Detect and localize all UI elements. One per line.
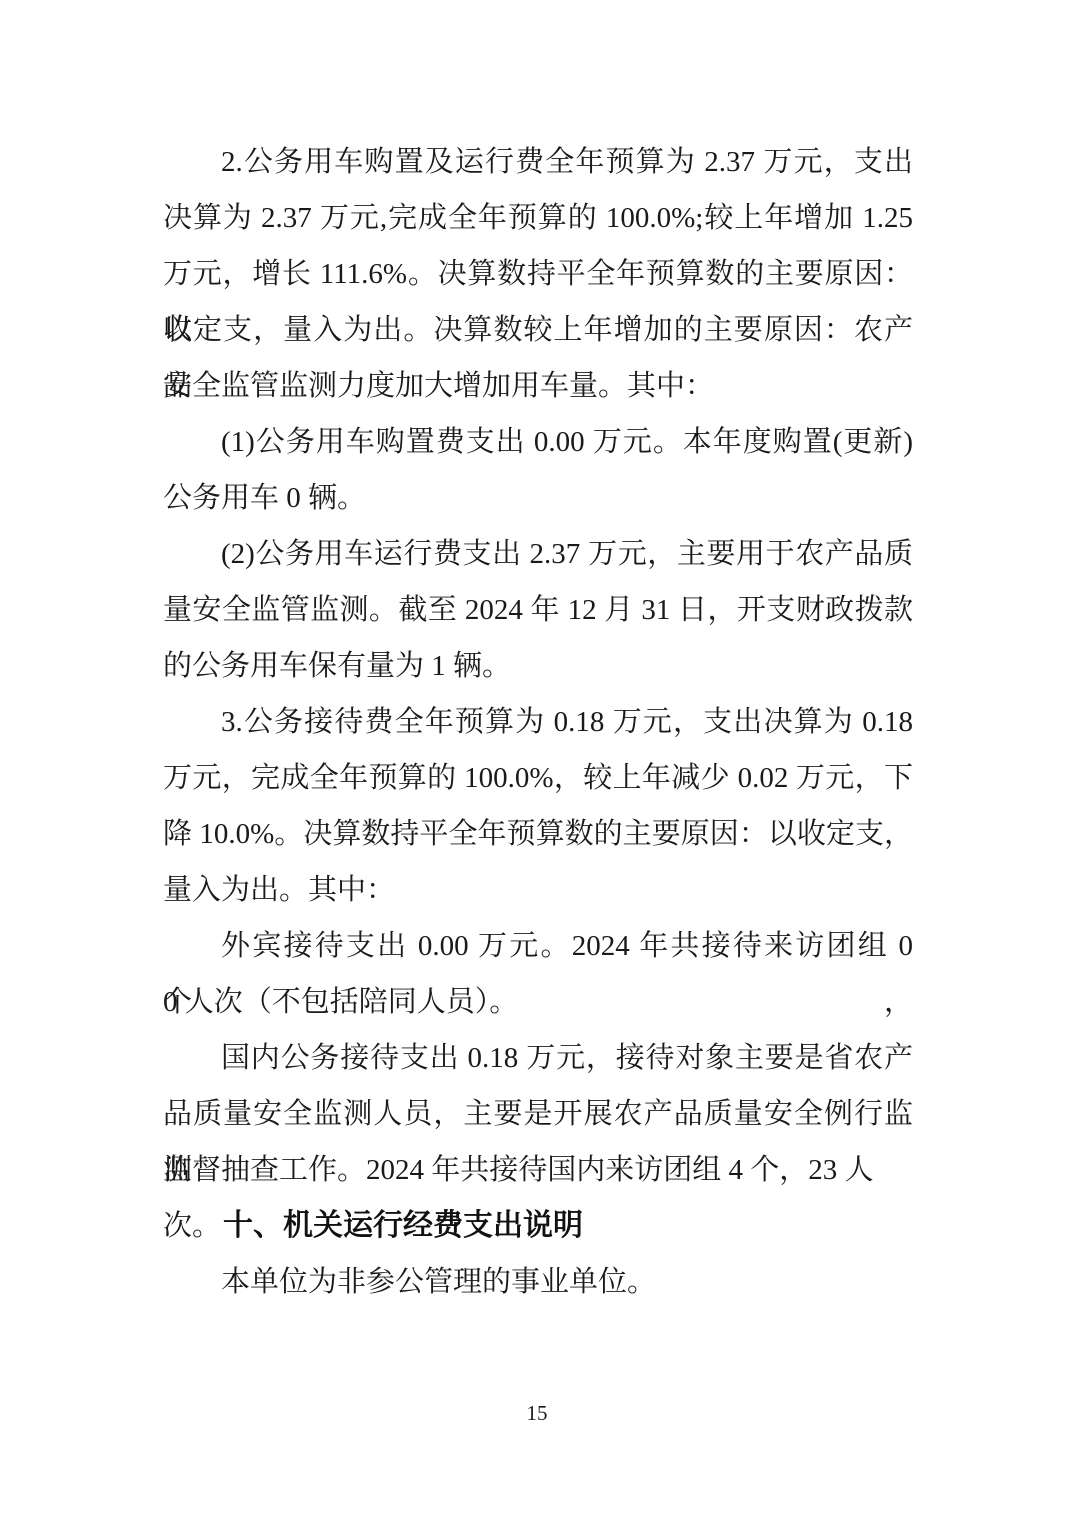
paragraph-vehicle-purchase: (1)公务用车购置费支出 0.00 万元。本年度购置(更新) 公务用车 0 辆。: [163, 414, 913, 526]
text-line: 公务用车 0 辆。: [163, 470, 913, 526]
text-line: 3.公务接待费全年预算为 0.18 万元，支出决算为 0.18: [163, 694, 913, 750]
text-line: 监督抽查工作。2024 年共接待国内来访团组 4 个，23 人次。: [163, 1142, 913, 1198]
text-line: 的公务用车保有量为 1 辆。: [163, 638, 913, 694]
text-line: 量安全监管监测。截至 2024 年 12 月 31 日，开支财政拨款: [163, 582, 913, 638]
document-page: 2.公务用车购置及运行费全年预算为 2.37 万元，支出 决算为 2.37 万元…: [0, 0, 1074, 1520]
document-body: 2.公务用车购置及运行费全年预算为 2.37 万元，支出 决算为 2.37 万元…: [163, 134, 913, 1310]
text-line: 收定支，量入为出。决算数较上年增加的主要原因：农产品: [163, 302, 913, 358]
closing-paragraph: 本单位为非参公管理的事业单位。: [163, 1254, 913, 1310]
text-line: 安全监管监测力度加大增加用车量。其中：: [163, 358, 913, 414]
section-heading: 十、机关运行经费支出说明: [163, 1198, 913, 1254]
text-line: 万元，完成全年预算的 100.0%，较上年减少 0.02 万元，下: [163, 750, 913, 806]
paragraph-vehicle-operation: (2)公务用车运行费支出 2.37 万元，主要用于农产品质 量安全监管监测。截至…: [163, 526, 913, 694]
text-line: 决算为 2.37 万元,完成全年预算的 100.0%;较上年增加 1.25: [163, 190, 913, 246]
text-line: (2)公务用车运行费支出 2.37 万元，主要用于农产品质: [163, 526, 913, 582]
text-line: 国内公务接待支出 0.18 万元，接待对象主要是省农产: [163, 1030, 913, 1086]
page-number: 15: [0, 1398, 1074, 1428]
paragraph-vehicle-total: 2.公务用车购置及运行费全年预算为 2.37 万元，支出 决算为 2.37 万元…: [163, 134, 913, 414]
text-line: 外宾接待支出 0.00 万元。2024 年共接待来访团组 0 个，: [163, 918, 913, 974]
paragraph-reception-total: 3.公务接待费全年预算为 0.18 万元，支出决算为 0.18 万元，完成全年预…: [163, 694, 913, 918]
text-line: 品质量安全监测人员，主要是开展农产品质量安全例行监测: [163, 1086, 913, 1142]
text-line: (1)公务用车购置费支出 0.00 万元。本年度购置(更新): [163, 414, 913, 470]
paragraph-foreign-reception: 外宾接待支出 0.00 万元。2024 年共接待来访团组 0 个， 0 人次（不…: [163, 918, 913, 1030]
text-line: 量入为出。其中：: [163, 862, 913, 918]
paragraph-domestic-reception: 国内公务接待支出 0.18 万元，接待对象主要是省农产 品质量安全监测人员，主要…: [163, 1030, 913, 1198]
text-line: 万元，增长 111.6%。决算数持平全年预算数的主要原因：以: [163, 246, 913, 302]
text-line: 降 10.0%。决算数持平全年预算数的主要原因：以收定支，: [163, 806, 913, 862]
text-line: 2.公务用车购置及运行费全年预算为 2.37 万元，支出: [163, 134, 913, 190]
